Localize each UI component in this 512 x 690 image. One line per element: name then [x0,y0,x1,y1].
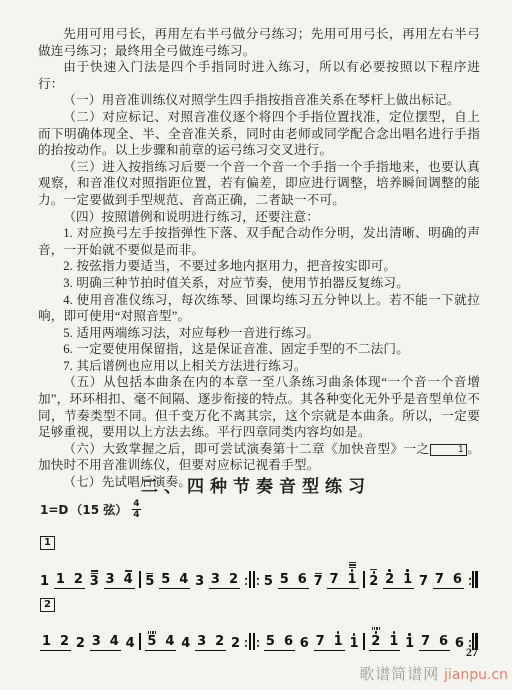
note-digit: 4 [165,635,174,649]
jianpu-note: 7 [421,635,430,649]
beam-group: 12 [40,635,71,652]
note-digit: 4 [179,573,188,587]
note-digit: 2 [229,573,238,587]
watermark-site-name: 歌谱简谱网 [359,667,444,683]
note-digit: 7 [419,575,428,589]
boxed-number-reference: 1 [430,444,467,456]
jianpu-note: 5 [145,573,154,589]
score-line-1: 1 112334554332556771221776 [40,532,478,589]
barline-thick [475,571,478,588]
note-digit: 5 [145,575,154,589]
jianpu-note: 1 [40,575,49,589]
score-notes-row-2: 122344544322566711211766 [40,617,478,651]
jianpu-note: 7 [316,635,325,649]
note-digit: 7 [314,575,323,589]
note-digit: 2 [371,635,380,649]
jianpu-note: 7 [419,575,428,589]
barline-thin [472,571,473,588]
repeat-barline-end [469,571,478,589]
beam-group: 12 [54,573,85,590]
note-digit: 5 [266,635,275,649]
repeat-barline-both [245,571,259,589]
barline [363,633,364,650]
finger-mark [349,562,356,568]
jianpu-note: 5 [147,631,156,649]
repeat-dot [245,645,247,647]
note-digit: 2 [74,573,83,587]
paragraph-9: 3. 明确三种节拍时值关系，对应节奏，使用节拍器反复练习。 [38,275,480,292]
note-digit: 1 [56,573,65,587]
jianpu-note: 2 [369,569,378,589]
jianpu-note: 2 [215,635,224,649]
note-digit: 2 [60,635,69,649]
beam-group: 32 [209,573,240,590]
repeat-dot [469,640,471,642]
jianpu-note: 6 [453,573,462,587]
jianpu-note: 3 [197,635,206,649]
paragraph-12: 6. 一定要使用保留指，这是保证音准、固定手型的不二法门。 [38,341,480,358]
finger-mark-stroke [349,562,356,563]
meter-denominator: 4 [133,510,139,519]
scanned-book-page: 先用可用弓长，再用左右半弓做分弓练习；先用可用弓长，再用左右半弓做连弓练习；最终… [0,0,512,690]
note-digit: 4 [110,635,119,649]
note-digit: 7 [316,635,325,649]
jianpu-note: 2 [229,573,238,587]
paragraph-15-pre: （六）大致掌握之后，即可尝试演奏第十二章《加快音型》一之 [63,442,430,456]
note-digit: 2 [76,637,85,651]
paragraph-2: 由于快速入门法是四个手指同时进入练习，所以有必要按照以下程序进行： [38,59,480,92]
watermark: 歌谱简谱网 jianpu.cn [359,663,508,684]
jianpu-note: 7 [329,573,338,587]
barline [139,571,140,588]
beam-group: 21 [383,569,414,589]
note-digit: 5 [147,635,156,649]
tuning-label: （15 弦） [70,501,127,518]
beam-group: 54 [159,573,190,590]
note-digit: 6 [439,635,448,649]
beam-group: 71 [327,562,358,589]
jianpu-note: 1 [334,631,343,649]
page-number: 27 [466,645,478,660]
score-row-label-1: 1 [40,536,55,550]
jianpu-note: 4 [181,637,190,651]
finger-mark-stroke [349,567,356,568]
paragraph-3: （一）用音准训练仪对照学生四手指按指音准关系在琴杆上做出标记。 [38,92,480,109]
jianpu-note: 3 [106,573,115,587]
beam-group: 34 [104,570,135,589]
jianpu-note: 2 [60,635,69,649]
jianpu-note: 6 [298,573,307,587]
beam-group: 54 [145,631,176,652]
jianpu-note: 4 [124,570,133,586]
note-digit: 5 [161,573,170,587]
note-digit: 5 [280,573,289,587]
jianpu-note: 2 [231,637,240,651]
repeat-dots [245,640,247,647]
jianpu-note: 5 [280,573,289,587]
finger-mark-stroke [370,569,377,570]
jianpu-note: 1 [349,633,358,651]
jianpu-note: 3 [92,635,101,649]
note-digit: 3 [197,635,206,649]
paragraph-4: （二）对应标记、对照音准仪逐个将四个手指位置找准，定位摆型，自上而下明确体现全、… [38,109,480,159]
barline-thick [249,571,252,588]
jianpu-note: 3 [195,575,204,589]
note-digit: 1 [403,573,412,587]
note-digit: 3 [195,575,204,589]
jianpu-note: 2 [76,637,85,651]
note-digit: 4 [124,573,133,587]
body-text: 先用可用弓长，再用左右半弓做分弓练习；先用可用弓长，再用左右半弓做连弓练习；最终… [38,26,480,491]
time-signature: 4 4 [132,500,140,519]
finger-mark-stroke [91,570,98,571]
repeat-dots [257,640,259,647]
beam-group: 34 [90,635,121,652]
note-digit: 2 [231,637,240,651]
repeat-dot [257,645,259,647]
jianpu-note: 1 [403,569,412,587]
repeat-dot [245,640,247,642]
note-digit: 4 [181,637,190,651]
score-line-2: 2 122344544322566711211766 [40,594,478,651]
note-digit: 3 [92,635,101,649]
note-digit: 7 [329,573,338,587]
repeat-dot [469,583,471,585]
finger-mark-tick [376,627,377,630]
jianpu-note: 6 [300,637,309,651]
repeat-dot [245,583,247,585]
note-digit: 4 [126,637,135,651]
jianpu-note: 6 [439,635,448,649]
paragraph-15: （六）大致掌握之后，即可尝试演奏第十二章《加快音型》一之1。加快时不用音准训练仪… [38,441,480,474]
note-digit: 5 [264,575,273,589]
barline [363,571,364,588]
note-digit: 1 [389,635,398,649]
jianpu-note: 5 [266,635,275,649]
jianpu-note: 1 [347,562,356,587]
jianpu-note: 2 [74,573,83,587]
jianpu-note: 1 [42,635,51,649]
note-digit: 6 [298,573,307,587]
finger-mark-tick [374,627,375,630]
beam-group: 21 [369,627,400,651]
paragraph-6: （四）按照谱例和说明进行练习，还要注意： [38,209,480,226]
repeat-dot [245,578,247,580]
finger-mark [370,569,377,570]
barline [139,633,140,650]
barline-thick [253,571,256,588]
paragraph-8: 2. 按弦指力要适当，不要过多地内抠用力，把音按实即可。 [38,258,480,275]
barline-thick [253,633,256,650]
note-digit: 3 [106,573,115,587]
note-digit: 1 [405,637,414,651]
jianpu-note: 4 [165,635,174,649]
beam-group: 56 [264,635,295,652]
jianpu-note: 4 [179,573,188,587]
score-row-label-2: 2 [40,598,55,612]
jianpu-note: 7 [314,573,323,589]
beam-group: 56 [278,573,309,590]
note-digit: 1 [334,635,343,649]
jianpu-note: 1 [405,633,414,651]
finger-mark-tick [372,627,373,630]
note-digit: 1 [349,637,358,651]
section-heading: 二、四种节奏音型练习 [0,472,512,497]
paragraph-11: 5. 适用两端练习法，对应每秒一音进行练习。 [38,325,480,342]
score-notes-row-1: 112334554332556771221776 [40,555,478,589]
finger-mark-ticks [372,627,380,630]
finger-mark-tick [379,627,380,630]
jianpu-note: 1 [389,631,398,649]
repeat-dots [469,578,471,585]
note-digit: 1 [40,575,49,589]
beam-group: 32 [195,635,226,652]
repeat-dots [257,578,259,585]
jianpu-note: 6 [455,637,464,651]
repeat-dot [257,583,259,585]
jianpu-note: 5 [264,575,273,589]
beam-group: 76 [433,573,464,590]
beam-group: 76 [419,635,450,652]
watermark-domain: jianpu.cn [444,667,508,683]
key-label: 1=D [40,503,68,517]
jianpu-note: 1 [56,573,65,587]
repeat-dot [257,640,259,642]
paragraph-10: 4. 使用音准仪练习，每次练琴、回课均练习五分钟以上。若不能一下就拉响，即可使用… [38,292,480,325]
jianpu-note: 2 [371,627,380,649]
repeat-dot [469,578,471,580]
paragraph-14: （五）从包括本曲条在内的本章一至八条练习曲条体现“一个音一个音增加”，环环相扣、… [38,374,480,440]
barline-thick [249,633,252,650]
repeat-dots [245,578,247,585]
jianpu-note: 6 [284,635,293,649]
beam-group: 71 [314,631,345,651]
finger-mark [372,627,380,630]
note-digit: 1 [42,635,51,649]
paragraph-1: 先用可用弓长，再用左右半弓做分弓练习；先用可用弓长，再用左右半弓做连弓练习；最终… [38,26,480,59]
paragraph-7: 1. 对应换弓左手按指弹性下落、双手配合动作分明，发出清晰、明确的声音，一开始就… [38,225,480,258]
jianpu-note: 3 [90,570,99,589]
note-digit: 1 [347,573,356,587]
note-digit: 3 [90,575,99,589]
jianpu-note: 3 [211,573,220,587]
note-digit: 6 [284,635,293,649]
jianpu-note: 4 [110,635,119,649]
note-digit: 3 [211,573,220,587]
paragraph-13: 7. 其后谱例也应用以上相关方法进行练习。 [38,358,480,375]
repeat-dot [257,578,259,580]
note-digit: 7 [435,573,444,587]
jianpu-note: 2 [385,569,394,587]
note-digit: 6 [455,637,464,651]
jianpu-note: 4 [126,637,135,651]
meter-numerator: 4 [132,500,140,510]
jianpu-note: 5 [161,573,170,587]
note-digit: 6 [453,573,462,587]
paragraph-5: （三）进入按指练习后要一个音一个音一个手指一个手指地来，也要认真观察，和音准仪对… [38,159,480,209]
note-digit: 2 [385,573,394,587]
note-digit: 7 [421,635,430,649]
jianpu-note: 7 [435,573,444,587]
note-digit: 2 [215,635,224,649]
repeat-barline-both [245,633,259,651]
key-signature-line: 1=D （15 弦） 4 4 [40,500,141,519]
note-digit: 6 [300,637,309,651]
note-digit: 2 [369,575,378,589]
finger-mark-stroke [349,564,356,565]
